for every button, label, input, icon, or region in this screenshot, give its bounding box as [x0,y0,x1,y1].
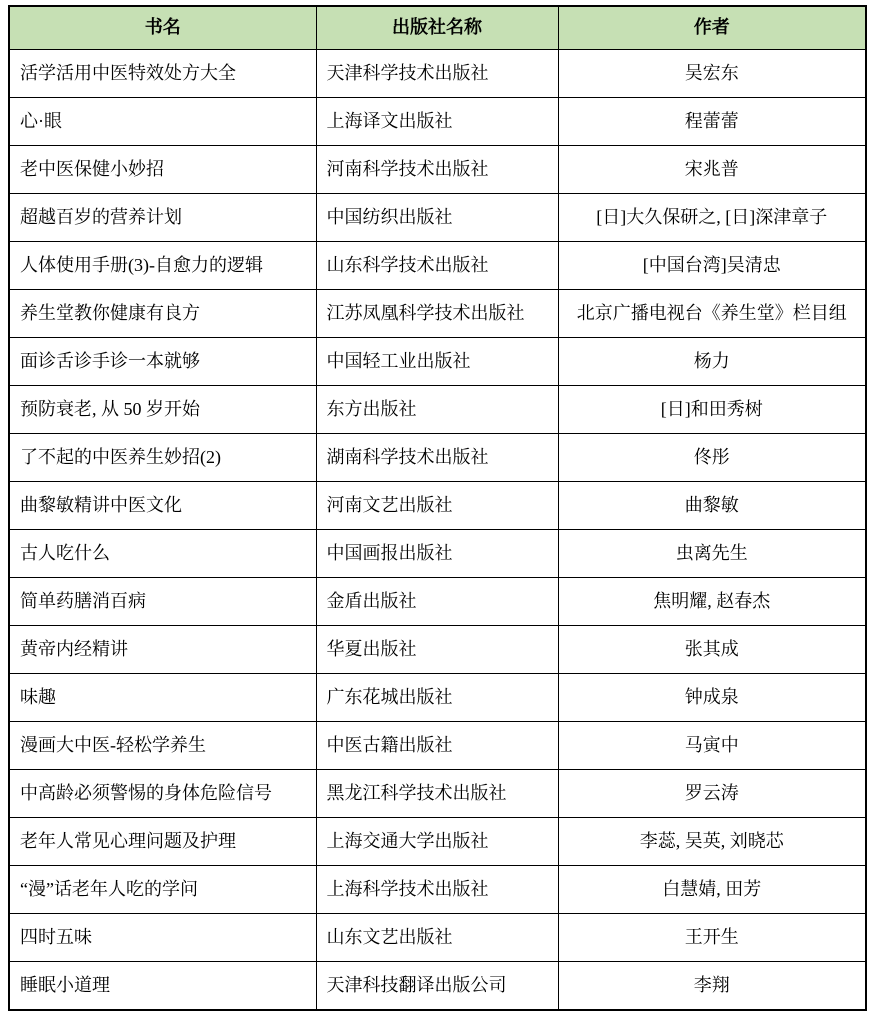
book-cell: 人体使用手册(3)-自愈力的逻辑 [9,242,316,290]
author-cell: 张其成 [558,626,866,674]
column-header-publisher: 出版社名称 [316,6,558,50]
book-cell: 养生堂教你健康有良方 [9,290,316,338]
author-cell: 杨力 [558,338,866,386]
author-cell: 佟彤 [558,434,866,482]
table-row: 漫画大中医-轻松学养生 中医古籍出版社 马寅中 [9,722,866,770]
author-cell: 王开生 [558,914,866,962]
publisher-cell: 中国纺织出版社 [316,194,558,242]
publisher-cell: 上海交通大学出版社 [316,818,558,866]
book-cell: 味趣 [9,674,316,722]
publisher-cell: 华夏出版社 [316,626,558,674]
table-row: 曲黎敏精讲中医文化 河南文艺出版社 曲黎敏 [9,482,866,530]
publisher-cell: 黑龙江科学技术出版社 [316,770,558,818]
book-cell: 预防衰老, 从 50 岁开始 [9,386,316,434]
table-row: 了不起的中医养生妙招(2) 湖南科学技术出版社 佟彤 [9,434,866,482]
publisher-cell: 上海科学技术出版社 [316,866,558,914]
book-cell: 老年人常见心理问题及护理 [9,818,316,866]
column-header-book: 书名 [9,6,316,50]
table-row: 人体使用手册(3)-自愈力的逻辑 山东科学技术出版社 [中国台湾]吴清忠 [9,242,866,290]
table-row: 超越百岁的营养计划 中国纺织出版社 [日]大久保研之, [日]深津章子 [9,194,866,242]
book-cell: 简单药膳消百病 [9,578,316,626]
table-row: 面诊舌诊手诊一本就够 中国轻工业出版社 杨力 [9,338,866,386]
publisher-cell: 湖南科学技术出版社 [316,434,558,482]
author-cell: [日]大久保研之, [日]深津章子 [558,194,866,242]
author-cell: 程蕾蕾 [558,98,866,146]
publisher-cell: 天津科技翻译出版公司 [316,962,558,1011]
book-cell: 漫画大中医-轻松学养生 [9,722,316,770]
book-cell: 超越百岁的营养计划 [9,194,316,242]
author-cell: 钟成泉 [558,674,866,722]
author-cell: 白慧婧, 田芳 [558,866,866,914]
publisher-cell: 天津科学技术出版社 [316,50,558,98]
book-cell: 四时五味 [9,914,316,962]
author-cell: 吴宏东 [558,50,866,98]
book-cell: 睡眠小道理 [9,962,316,1011]
publisher-cell: 广东花城出版社 [316,674,558,722]
publisher-cell: 中医古籍出版社 [316,722,558,770]
book-cell: 古人吃什么 [9,530,316,578]
table-row: 老年人常见心理问题及护理 上海交通大学出版社 李蕊, 吴英, 刘晓芯 [9,818,866,866]
publisher-cell: 河南文艺出版社 [316,482,558,530]
page: 书名 出版社名称 作者 活学活用中医特效处方大全 天津科学技术出版社 吴宏东 心… [0,0,873,1014]
table-row: 中高龄必须警惕的身体危险信号 黑龙江科学技术出版社 罗云涛 [9,770,866,818]
author-cell: [日]和田秀树 [558,386,866,434]
publisher-cell: 东方出版社 [316,386,558,434]
table-row: “漫”话老年人吃的学问 上海科学技术出版社 白慧婧, 田芳 [9,866,866,914]
book-cell: 活学活用中医特效处方大全 [9,50,316,98]
publisher-cell: 金盾出版社 [316,578,558,626]
table-row: 简单药膳消百病 金盾出版社 焦明耀, 赵春杰 [9,578,866,626]
table-row: 活学活用中医特效处方大全 天津科学技术出版社 吴宏东 [9,50,866,98]
publisher-cell: 上海译文出版社 [316,98,558,146]
book-cell: “漫”话老年人吃的学问 [9,866,316,914]
book-cell: 老中医保健小妙招 [9,146,316,194]
table-row: 四时五味 山东文艺出版社 王开生 [9,914,866,962]
author-cell: 马寅中 [558,722,866,770]
publisher-cell: 山东文艺出版社 [316,914,558,962]
author-cell: 宋兆普 [558,146,866,194]
author-cell: 焦明耀, 赵春杰 [558,578,866,626]
book-cell: 面诊舌诊手诊一本就够 [9,338,316,386]
publisher-cell: 中国画报出版社 [316,530,558,578]
book-cell: 中高龄必须警惕的身体危险信号 [9,770,316,818]
publisher-cell: 山东科学技术出版社 [316,242,558,290]
author-cell: 曲黎敏 [558,482,866,530]
table-row: 味趣 广东花城出版社 钟成泉 [9,674,866,722]
author-cell: [中国台湾]吴清忠 [558,242,866,290]
author-cell: 李蕊, 吴英, 刘晓芯 [558,818,866,866]
header-row: 书名 出版社名称 作者 [9,6,866,50]
table-row: 黄帝内经精讲 华夏出版社 张其成 [9,626,866,674]
book-cell: 曲黎敏精讲中医文化 [9,482,316,530]
book-cell: 黄帝内经精讲 [9,626,316,674]
book-list-table: 书名 出版社名称 作者 活学活用中医特效处方大全 天津科学技术出版社 吴宏东 心… [8,5,867,1011]
table-row: 老中医保健小妙招 河南科学技术出版社 宋兆普 [9,146,866,194]
table-row: 预防衰老, 从 50 岁开始 东方出版社 [日]和田秀树 [9,386,866,434]
table-row: 古人吃什么 中国画报出版社 虫离先生 [9,530,866,578]
table-row: 养生堂教你健康有良方 江苏凤凰科学技术出版社 北京广播电视台《养生堂》栏目组 [9,290,866,338]
author-cell: 虫离先生 [558,530,866,578]
column-header-author: 作者 [558,6,866,50]
publisher-cell: 江苏凤凰科学技术出版社 [316,290,558,338]
book-cell: 心·眼 [9,98,316,146]
table-row: 心·眼 上海译文出版社 程蕾蕾 [9,98,866,146]
publisher-cell: 河南科学技术出版社 [316,146,558,194]
book-cell: 了不起的中医养生妙招(2) [9,434,316,482]
author-cell: 北京广播电视台《养生堂》栏目组 [558,290,866,338]
table-row: 睡眠小道理 天津科技翻译出版公司 李翔 [9,962,866,1011]
author-cell: 李翔 [558,962,866,1011]
publisher-cell: 中国轻工业出版社 [316,338,558,386]
author-cell: 罗云涛 [558,770,866,818]
